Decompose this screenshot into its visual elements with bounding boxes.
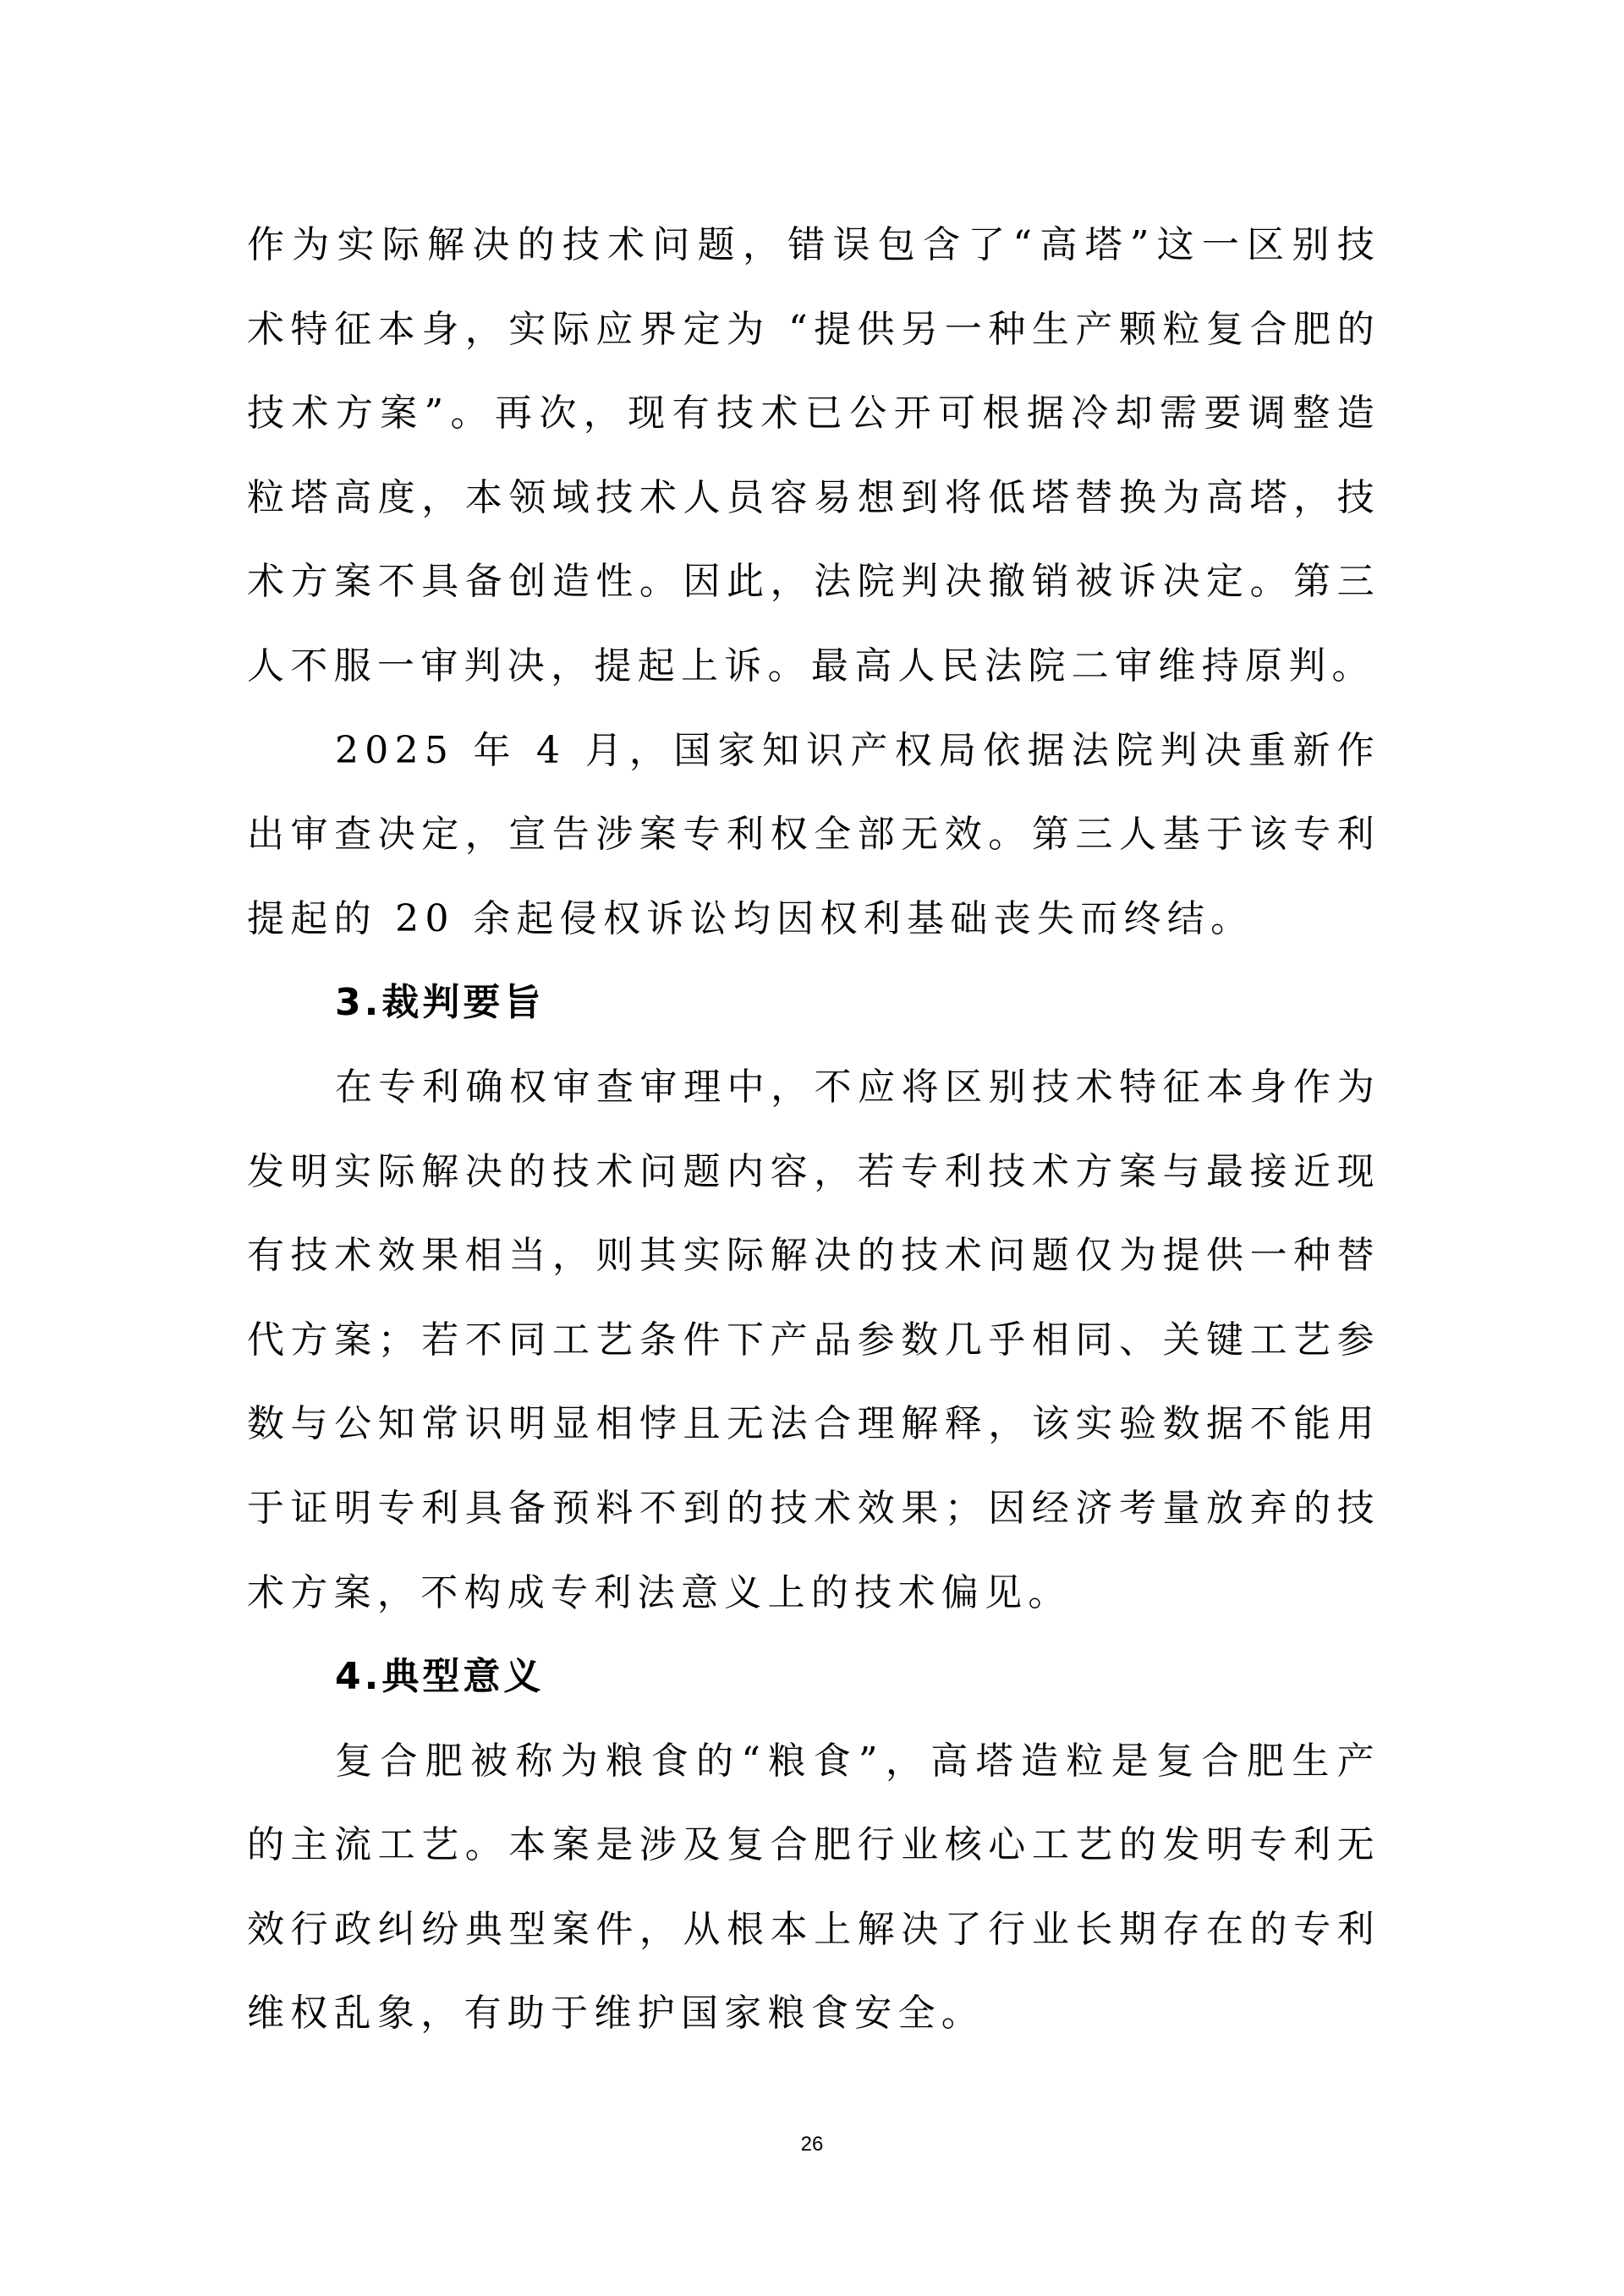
section-heading-judgment-gist: 3.裁判要旨 — [247, 961, 1380, 1045]
paragraph-judgment-gist: 在专利确权审查审理中，不应将区别技术特征本身作为发明实际解决的技术问题内容，若专… — [247, 1045, 1380, 1635]
paragraph-court-reasoning-continued: 作为实际解决的技术问题，错误包含了“高塔”这一区别技术特征本身，实际应界定为 “… — [247, 203, 1380, 709]
document-page: 作为实际解决的技术问题，错误包含了“高塔”这一区别技术特征本身，实际应界定为 “… — [247, 203, 1380, 2056]
page-number: 26 — [0, 2133, 1624, 2156]
paragraph-typical-significance: 复合肥被称为粮食的“粮食”，高塔造粒是复合肥生产的主流工艺。本案是涉及复合肥行业… — [247, 1719, 1380, 2056]
section-heading-typical-significance: 4.典型意义 — [247, 1635, 1380, 1719]
paragraph-reexamination-result: 2025 年 4 月，国家知识产权局依据法院判决重新作出审查决定，宣告涉案专利权… — [247, 709, 1380, 962]
